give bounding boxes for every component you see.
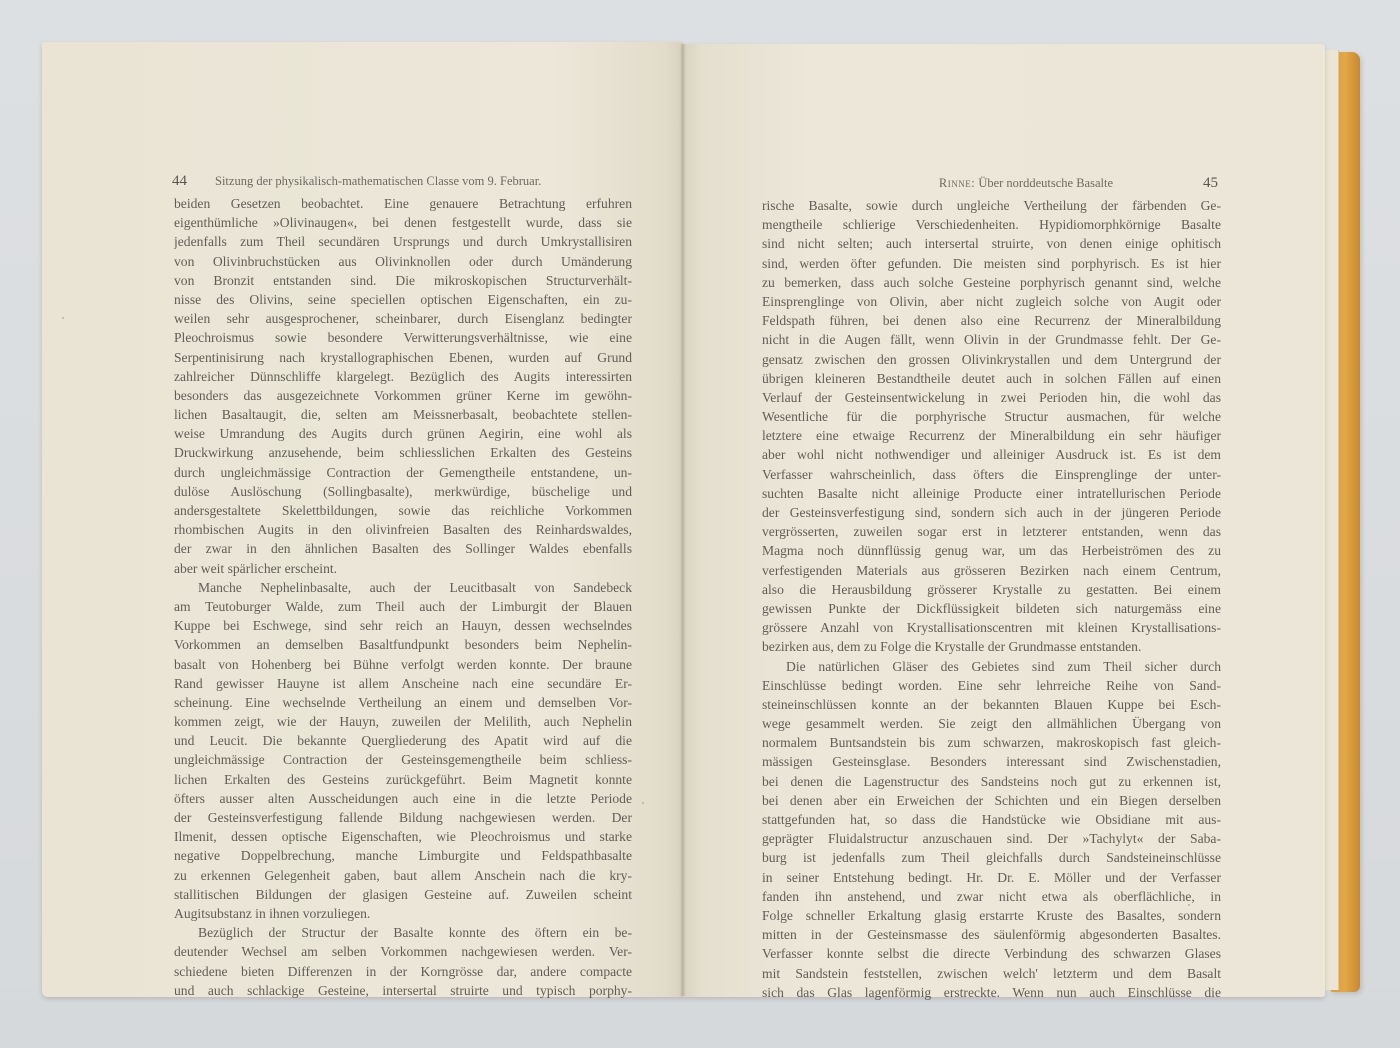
text-line: Einschlüsse bedingt worden. Eine sehr le… xyxy=(762,676,1221,695)
text-line: grössere Anzahl von Krystallisationscent… xyxy=(762,618,1221,637)
text-line: sich das Glas lagenförmig erstreckte. We… xyxy=(762,983,1221,1002)
text-line: weilen sehr ausgesprochener, scheinbarer… xyxy=(174,309,632,328)
text-line: Ilmenit, dessen optische Eigenschaften, … xyxy=(174,827,632,846)
text-line: Die natürlichen Gläser des Gebietes sind… xyxy=(762,657,1221,676)
text-line: mengtheile schlierige Verschiedenheiten.… xyxy=(762,215,1221,234)
text-line: negative Doppelbrechung, manche Limburgi… xyxy=(174,846,632,865)
text-line: lichen Erkalten des Gesteins zurückgefüh… xyxy=(174,770,632,789)
text-line: letztere eine etwaige Recurrenz der Mine… xyxy=(762,426,1221,445)
text-line: suchten Basalte nicht alleinige Producte… xyxy=(762,484,1221,503)
text-line: weise Umrandung des Augits durch grünen … xyxy=(174,424,632,443)
text-line: der Gesteinsverfestigung sind, sondern s… xyxy=(762,503,1221,522)
right-running-head: Rinne: Über norddeutsche Basalte 45 xyxy=(778,175,1218,192)
text-line: burg ist jedenfalls zum Theil gleichfall… xyxy=(762,848,1221,867)
text-line: durch ungleichmässige Contraction der Ge… xyxy=(174,463,632,482)
page-number: 44 xyxy=(172,173,187,190)
running-head-text: Über norddeutsche Basalte xyxy=(978,176,1113,191)
text-line: steineinschlüssen konnte an der bekannte… xyxy=(762,695,1221,714)
text-line: normalem Buntsandstein bis zum schwarzen… xyxy=(762,733,1221,752)
paper-speck xyxy=(642,802,644,804)
text-line: Pleochroismus sowie besondere Verwitteru… xyxy=(174,328,632,347)
left-page: 44 Sitzung der physikalisch-mathematisch… xyxy=(42,42,683,997)
text-line: sind nicht selten; auch intersertal stru… xyxy=(762,234,1221,253)
running-head-text: Sitzung der physikalisch-mathematischen … xyxy=(215,174,541,189)
text-line: mitten in der Gesteinsmasse des säulenfö… xyxy=(762,925,1221,944)
text-line: und Leucit. Die bekannte Quergliederung … xyxy=(174,731,632,750)
text-line: öfters ausser alten Ausscheidungen auch … xyxy=(174,789,632,808)
text-line: beiden Gesetzen beobachtet. Eine genauer… xyxy=(174,194,632,213)
text-line: deutender Wechsel am selben Vorkommen na… xyxy=(174,942,632,961)
text-line: vergrösserten, zuweilen sogar erst in le… xyxy=(762,522,1221,541)
text-line: Kuppe bei Eschwege, sind sehr reich an H… xyxy=(174,616,632,635)
text-line: verfestigenden Materials aus grösseren B… xyxy=(762,561,1221,580)
text-line: Verlauf der Gesteinsentwickelung in zwei… xyxy=(762,388,1221,407)
text-line: der Gesteinsverfestigung fallende Bildun… xyxy=(174,808,632,827)
left-running-head: 44 Sitzung der physikalisch-mathematisch… xyxy=(172,173,642,190)
text-line: jedenfalls zum Theil secundären Ursprung… xyxy=(174,232,632,251)
text-line: dulöse Auslöschung (Sollingbasalte), mer… xyxy=(174,482,632,501)
text-line: besonders das ausgezeichnete Vorkommen g… xyxy=(174,386,632,405)
text-line: kommen zeigt, wie der Hauyn, zuweilen de… xyxy=(174,712,632,731)
text-line: zu bemerken, dass auch solche Gesteine p… xyxy=(762,273,1221,292)
text-line: am Teutoburger Walde, zum Theil auch der… xyxy=(174,597,632,616)
text-line: stallitischen Bildungen der glasigen Ges… xyxy=(174,885,632,904)
text-line: basalt von Hohenberg bei Bühne verfolgt … xyxy=(174,655,632,674)
text-line: übrigen kleineren Bestandtheile deutet a… xyxy=(762,369,1221,388)
right-page: Rinne: Über norddeutsche Basalte 45 risc… xyxy=(683,44,1325,997)
text-line: Magma noch dünnflüssig genug war, um das… xyxy=(762,541,1221,560)
text-line: nisse des Olivins, seine speciellen opti… xyxy=(174,290,632,309)
paper-speck xyxy=(62,317,64,319)
text-line: ungleichmässige Contraction der Gesteins… xyxy=(174,750,632,769)
text-line: gensatz zwischen den grossen Olivinkryst… xyxy=(762,350,1221,369)
text-line: also die Herausbildung grösserer Krystal… xyxy=(762,580,1221,599)
right-page-body: rische Basalte, sowie durch ungleiche Ve… xyxy=(762,196,1221,1002)
text-line: und auch schlackige Gesteine, interserta… xyxy=(174,981,632,1000)
paper-speck xyxy=(1188,904,1190,906)
text-line: Serpentinisirung nach krystallographisch… xyxy=(174,348,632,367)
text-line: mit Sandstein feststellen, zwischen welc… xyxy=(762,964,1221,983)
text-line: Wesentliche für die porphyrische Structu… xyxy=(762,407,1221,426)
text-line: zu erkennen Gelegenheit gaben, baut alle… xyxy=(174,866,632,885)
text-line: Bezüglich der Structur der Basalte konnt… xyxy=(174,923,632,942)
text-line: der zwar in den ähnlichen Basalten des S… xyxy=(174,539,632,558)
text-line: eigenthümliche »Olivinaugen«, bei denen … xyxy=(174,213,632,232)
book-gutter xyxy=(680,44,686,996)
text-line: lichen Basaltaugit, die, selten am Meiss… xyxy=(174,405,632,424)
text-line: zahlreicher Dünnschliffe klargelegt. Bez… xyxy=(174,367,632,386)
text-line: bei denen die Lagenstructur des Sandstei… xyxy=(762,772,1221,791)
text-line: gewissen Punkte der Dickflüssigkeit bild… xyxy=(762,599,1221,618)
text-line: Vorkommen an demselben Basaltfundpunkt b… xyxy=(174,635,632,654)
text-line: schiedene bieten Differenzen in der Korn… xyxy=(174,962,632,981)
text-line: Feldspath führen, bei denen also eine Re… xyxy=(762,311,1221,330)
text-line: rische Basalte, sowie durch ungleiche Ve… xyxy=(762,196,1221,215)
text-line: Einsprenglinge von Olivin, aber nicht zu… xyxy=(762,292,1221,311)
text-line: bezirken aus, dem zu Folge die Krystalle… xyxy=(762,637,1221,656)
text-line: stattgefunden hat, so dass die Handstück… xyxy=(762,810,1221,829)
text-line: Druckwirkung anzusehende, beim schliessl… xyxy=(174,443,632,462)
open-book: 44 Sitzung der physikalisch-mathematisch… xyxy=(0,0,1400,1048)
text-line: von Bronzit entstanden sind. Die mikrosk… xyxy=(174,271,632,290)
text-line: scheinung. Eine wechselnde Vertheilung a… xyxy=(174,693,632,712)
page-number: 45 xyxy=(1203,175,1218,192)
text-line: von Olivinbruchstücken aus Olivinknollen… xyxy=(174,252,632,271)
text-line: sind, werden öfter gefunden. Die meisten… xyxy=(762,254,1221,273)
text-line: andersgestaltete Skelettbildungen, sowie… xyxy=(174,501,632,520)
text-line: Manche Nephelinbasalte, auch der Leucitb… xyxy=(174,578,632,597)
text-line: bei denen aber ein Erweichen der Schicht… xyxy=(762,791,1221,810)
text-line: geprägter Fluidalstructur anzuschauen si… xyxy=(762,829,1221,848)
text-line: aber weit spärlicher erscheint. xyxy=(174,559,632,578)
text-line: wege gesammelt werden. Sie zeigt den all… xyxy=(762,714,1221,733)
text-line: Verfasser konnte selbst die directe Verb… xyxy=(762,944,1221,963)
text-line: rhombischen Augits in den olivinfreien B… xyxy=(174,520,632,539)
text-line: in seiner Entstehung bedingt. Hr. Dr. E.… xyxy=(762,868,1221,887)
text-line: aber wohl nicht nothwendiger und alleini… xyxy=(762,445,1221,464)
text-line: fanden ihn anstehend, und zwar nicht etw… xyxy=(762,887,1221,906)
text-line: Augitsubstanz in ihnen vorzuliegen. xyxy=(174,904,632,923)
text-line: Rand gewisser Hauyne ist allem Anscheine… xyxy=(174,674,632,693)
text-line: Verfasser wahrscheinlich, dass öfters di… xyxy=(762,465,1221,484)
text-line: nicht in die Augen fällt, wenn Olivin in… xyxy=(762,330,1221,349)
text-line: Folge schneller Erkaltung glasig erstarr… xyxy=(762,906,1221,925)
left-page-body: beiden Gesetzen beobachtet. Eine genauer… xyxy=(174,194,632,1000)
running-head-author: Rinne: xyxy=(939,176,975,191)
text-line: mässigen Gesteinsglase. Besonders intere… xyxy=(762,752,1221,771)
